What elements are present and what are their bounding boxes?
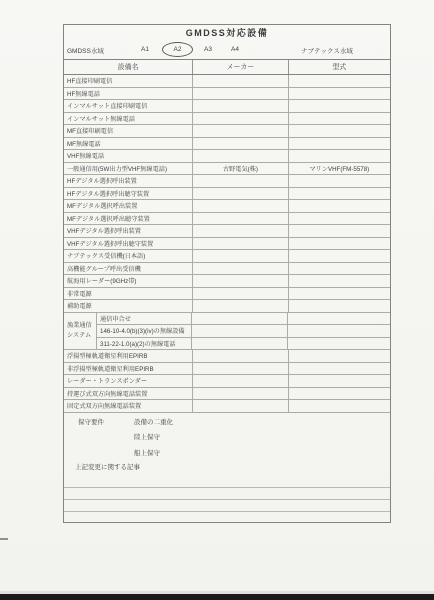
- table-row: 持運び式双方向無線電話装置: [64, 388, 390, 401]
- model-cell: [289, 213, 390, 225]
- model-cell: [289, 75, 390, 87]
- gmdss-area-label: GMDSS水域: [67, 46, 104, 55]
- model-cell: [289, 138, 390, 150]
- equipment-name-cell: HF無線電話: [64, 88, 193, 100]
- equipment-name-cell: 持運び式双方向無線電話装置: [64, 388, 193, 400]
- table-row: 固定式双方向無線電話装置: [64, 400, 390, 413]
- maintenance-item: 陸上保守: [134, 432, 173, 441]
- sea-area-row: GMDSS水域 A1 A2 A3 A4 ナブテックス水域: [64, 39, 390, 60]
- table-row: MF無線電話: [64, 138, 390, 151]
- equipment-name-cell: MF無線電話: [64, 138, 193, 150]
- change-notes-label: 上記変更に関する記事: [75, 462, 140, 471]
- model-cell: [289, 288, 390, 300]
- model-cell: [289, 200, 390, 212]
- maker-cell: [193, 88, 288, 100]
- equipment-name-cell: VHFデジタル選択呼出聴守装置: [64, 238, 193, 250]
- notes-rule-line: [64, 499, 390, 500]
- maker-cell: [193, 200, 288, 212]
- table-header-row: 設備名 メーカー 型式: [64, 60, 390, 75]
- table-row: 通信申合せ: [97, 313, 390, 326]
- equipment-name-cell: レーダー・トランスポンダー: [64, 375, 193, 387]
- model-cell: [289, 150, 390, 162]
- table-row: VHFデジタル選択呼出装置: [64, 225, 390, 238]
- equipment-name-cell: 一般通信用(5W出力型VHF無線電話): [64, 163, 193, 175]
- model-cell: [289, 250, 390, 262]
- scan-edge-strip: [0, 594, 434, 600]
- maker-cell: [193, 250, 288, 262]
- table-row: HF無線電話: [64, 88, 390, 101]
- maintenance-item: 設備の二重化: [134, 417, 173, 426]
- maintenance-label: 保守要件: [78, 417, 104, 426]
- equipment-name-cell: 高機能グループ呼出受信機: [64, 263, 193, 275]
- model-cell: [288, 325, 390, 337]
- maker-cell: [193, 400, 288, 412]
- model-cell: [289, 400, 390, 412]
- maker-cell: 古野電気(株): [193, 163, 288, 175]
- maker-cell: [193, 175, 288, 187]
- table-row: MF直接印刷電信: [64, 125, 390, 138]
- equipment-name-cell: VHF無線電話: [64, 150, 193, 162]
- equipment-name-cell: 補助電源: [64, 300, 193, 312]
- notes-rule-line: [64, 511, 390, 512]
- circled-area-option-a2: A2: [162, 42, 193, 57]
- model-cell: [289, 225, 390, 237]
- table-row: 311-22-1.0(a)(2)の無線電話: [97, 338, 390, 350]
- table-row: ナブテックス受信機(日本語): [64, 250, 390, 263]
- equipment-name-cell: 固定式双方向無線電話装置: [64, 400, 193, 412]
- equipment-name-cell: 航海用レーダー(9GHz帯): [64, 275, 193, 287]
- fishery-communication-group: 漁業通信 システム 通信申合せ 146-10-4.0(b)(3)(iv)の無線設…: [64, 313, 390, 351]
- model-cell: [289, 363, 390, 375]
- equipment-name-cell: 非浮揚型極軌道衛星利用EPIRB: [64, 363, 193, 375]
- col-header-model: 型式: [289, 60, 390, 74]
- equipment-name-cell: HFデジタル選択呼出聴守装置: [64, 188, 193, 200]
- maker-cell: [193, 225, 288, 237]
- table-row: 一般通信用(5W出力型VHF無線電話)古野電気(株)マリンVHF(FM-5578…: [64, 163, 390, 176]
- model-cell: マリンVHF(FM-5578): [289, 163, 390, 175]
- maker-cell: [193, 275, 288, 287]
- maker-cell: [193, 288, 288, 300]
- equipment-name-cell: MFデジタル選択呼出聴守装置: [64, 213, 193, 225]
- maker-cell: [193, 138, 288, 150]
- change-notes-section: 上記変更に関する記事: [64, 455, 390, 522]
- equipment-name-cell: 通信申合せ: [97, 313, 192, 325]
- model-cell: [289, 100, 390, 112]
- model-cell: [289, 263, 390, 275]
- maker-cell: [193, 213, 288, 225]
- maker-cell: [193, 75, 288, 87]
- maker-cell: [193, 188, 288, 200]
- scan-artifact-mark: [0, 538, 8, 540]
- area-option-a3: A3: [204, 46, 212, 53]
- fishery-group-label: 漁業通信 システム: [64, 313, 97, 350]
- equipment-name-cell: 146-10-4.0(b)(3)(iv)の無線設備: [97, 325, 192, 337]
- maker-cell: [193, 113, 288, 125]
- maker-cell: [193, 263, 288, 275]
- navtex-area-label: ナブテックス水域: [301, 46, 353, 55]
- equipment-name-cell: インマルサット直接印刷電信: [64, 100, 193, 112]
- table-row: 補助電源: [64, 300, 390, 313]
- equipment-name-cell: VHFデジタル選択呼出装置: [64, 225, 193, 237]
- equipment-name-cell: 非常電源: [64, 288, 193, 300]
- table-row: HF直接印刷電信: [64, 75, 390, 88]
- table-row: 航海用レーダー(9GHz帯): [64, 275, 390, 288]
- model-cell: [289, 125, 390, 137]
- table-row: 浮揚型極軌道衛星利用EPIRB: [64, 350, 390, 363]
- maker-cell: [192, 325, 288, 337]
- maker-cell: [192, 313, 288, 325]
- model-cell: [289, 188, 390, 200]
- equipment-name-cell: 311-22-1.0(a)(2)の無線電話: [97, 338, 192, 350]
- equipment-name-cell: HFデジタル選択呼出装置: [64, 175, 193, 187]
- equipment-name-cell: インマルサット無線電話: [64, 113, 193, 125]
- form-title: GMDSS対応設備: [64, 25, 390, 39]
- equipment-name-cell: ナブテックス受信機(日本語): [64, 250, 193, 262]
- notes-rule-line: [64, 487, 390, 488]
- maker-cell: [193, 100, 288, 112]
- model-cell: [289, 275, 390, 287]
- table-row: VHF無線電話: [64, 150, 390, 163]
- equipment-name-cell: HF直接印刷電信: [64, 75, 193, 87]
- maker-cell: [193, 238, 288, 250]
- table-row: 高機能グループ呼出受信機: [64, 263, 390, 276]
- maker-cell: [193, 350, 288, 362]
- maker-cell: [192, 338, 288, 350]
- model-cell: [289, 113, 390, 125]
- equipment-name-cell: MF直接印刷電信: [64, 125, 193, 137]
- model-cell: [289, 388, 390, 400]
- area-option-a4: A4: [231, 46, 239, 53]
- equipment-name-cell: 浮揚型極軌道衛星利用EPIRB: [64, 350, 193, 362]
- model-cell: [289, 375, 390, 387]
- model-cell: [289, 88, 390, 100]
- table-row: HFデジタル選択呼出聴守装置: [64, 188, 390, 201]
- col-header-equipment: 設備名: [64, 60, 193, 74]
- model-cell: [288, 313, 390, 325]
- model-cell: [289, 300, 390, 312]
- table-row: レーダー・トランスポンダー: [64, 375, 390, 388]
- equipment-name-cell: MFデジタル選択呼出装置: [64, 200, 193, 212]
- table-row: MFデジタル選択呼出装置: [64, 200, 390, 213]
- model-cell: [289, 238, 390, 250]
- maker-cell: [193, 150, 288, 162]
- table-row: 非常電源: [64, 288, 390, 301]
- maker-cell: [193, 125, 288, 137]
- model-cell: [289, 350, 390, 362]
- table-row: 146-10-4.0(b)(3)(iv)の無線設備: [97, 325, 390, 338]
- area-option-a1: A1: [141, 46, 149, 53]
- maker-cell: [193, 375, 288, 387]
- table-row: インマルサット無線電話: [64, 113, 390, 126]
- maker-cell: [193, 388, 288, 400]
- maker-cell: [193, 300, 288, 312]
- model-cell: [289, 175, 390, 187]
- maintenance-requirements-section: 保守要件 設備の二重化 陸上保守 船上保守: [64, 413, 390, 456]
- model-cell: [288, 338, 390, 350]
- table-row: MFデジタル選択呼出聴守装置: [64, 213, 390, 226]
- gmdss-equipment-form: GMDSS対応設備 GMDSS水域 A1 A2 A3 A4 ナブテックス水域 設…: [63, 24, 391, 523]
- table-row: 非浮揚型極軌道衛星利用EPIRB: [64, 363, 390, 376]
- maker-cell: [193, 363, 288, 375]
- table-row: HFデジタル選択呼出装置: [64, 175, 390, 188]
- table-row: VHFデジタル選択呼出聴守装置: [64, 238, 390, 251]
- table-row: インマルサット直接印刷電信: [64, 100, 390, 113]
- col-header-maker: メーカー: [193, 60, 288, 74]
- area-option-a2: A2: [174, 46, 182, 53]
